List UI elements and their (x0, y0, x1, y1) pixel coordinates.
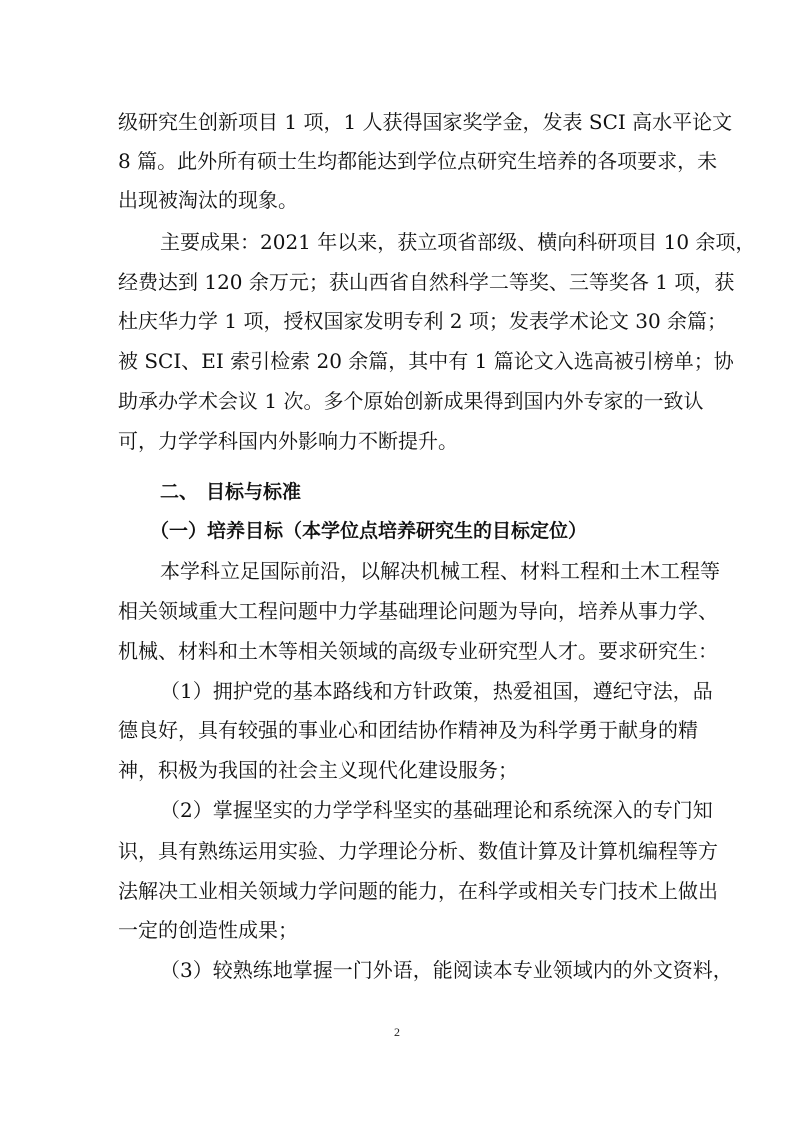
section-title: 目标与标准 (206, 481, 301, 503)
text-line: 杜庆华力学 1 项，授权国家发明专利 2 项；发表学术论文 30 余篇； (118, 309, 678, 333)
text-line: 法解决工业相关领域力学问题的能力，在科学或相关专门技术上做出 (118, 879, 678, 903)
document-page: 级研究生创新项目 1 项，1 人获得国家奖学金，发表 SCI 高水平论文 8 篇… (0, 0, 794, 1123)
section-heading: 二、目标与标准 (160, 480, 301, 504)
text-line: 经费达到 120 余万元；获山西省自然科学二等奖、三等奖各 1 项，获 (118, 270, 678, 294)
text-line: 神，积极为我国的社会主义现代化建设服务； (118, 758, 678, 782)
text-line: 一定的创造性成果； (118, 918, 678, 942)
page-number: 2 (390, 1024, 404, 1040)
text-line: （1）拥护党的基本路线和方针政策，热爱祖国，遵纪守法，品 (160, 679, 678, 703)
text-line: 被 SCI、EI 索引检索 20 余篇，其中有 1 篇论文入选高被引榜单；协 (118, 349, 678, 373)
text-line: 德良好，具有较强的事业心和团结协作精神及为科学勇于献身的精 (118, 718, 678, 742)
text-line: （2）掌握坚实的力学学科坚实的基础理论和系统深入的专门知 (160, 798, 678, 822)
text-line: 出现被淘汰的现象。 (118, 188, 678, 212)
text-line: 8 篇。此外所有硕士生均都能达到学位点研究生培养的各项要求，未 (118, 149, 678, 173)
text-line: 识，具有熟练运用实验、力学理论分析、数值计算及计算机编程等方 (118, 839, 678, 863)
text-line: 助承办学术会议 1 次。多个原始创新成果得到国内外专家的一致认 (118, 389, 678, 413)
subsection-heading: （一）培养目标（本学位点培养研究生的目标定位） (150, 519, 587, 543)
text-line: 可，力学学科国内外影响力不断提升。 (118, 429, 678, 453)
text-line: 级研究生创新项目 1 项，1 人获得国家奖学金，发表 SCI 高水平论文 (118, 110, 678, 134)
text-line: 机械、材料和土木等相关领域的高级专业研究型人才。要求研究生： (118, 639, 678, 663)
section-number: 二、 (160, 480, 206, 504)
text-line: （3）较熟练地掌握一门外语，能阅读本专业领域内的外文资料， (160, 958, 678, 982)
text-line: 主要成果：2021 年以来，获立项省部级、横向科研项目 10 余项， (160, 230, 678, 254)
text-line: 本学科立足国际前沿，以解决机械工程、材料工程和土木工程等 (160, 559, 678, 583)
text-line: 相关领域重大工程问题中力学基础理论问题为导向，培养从事力学、 (118, 599, 678, 623)
